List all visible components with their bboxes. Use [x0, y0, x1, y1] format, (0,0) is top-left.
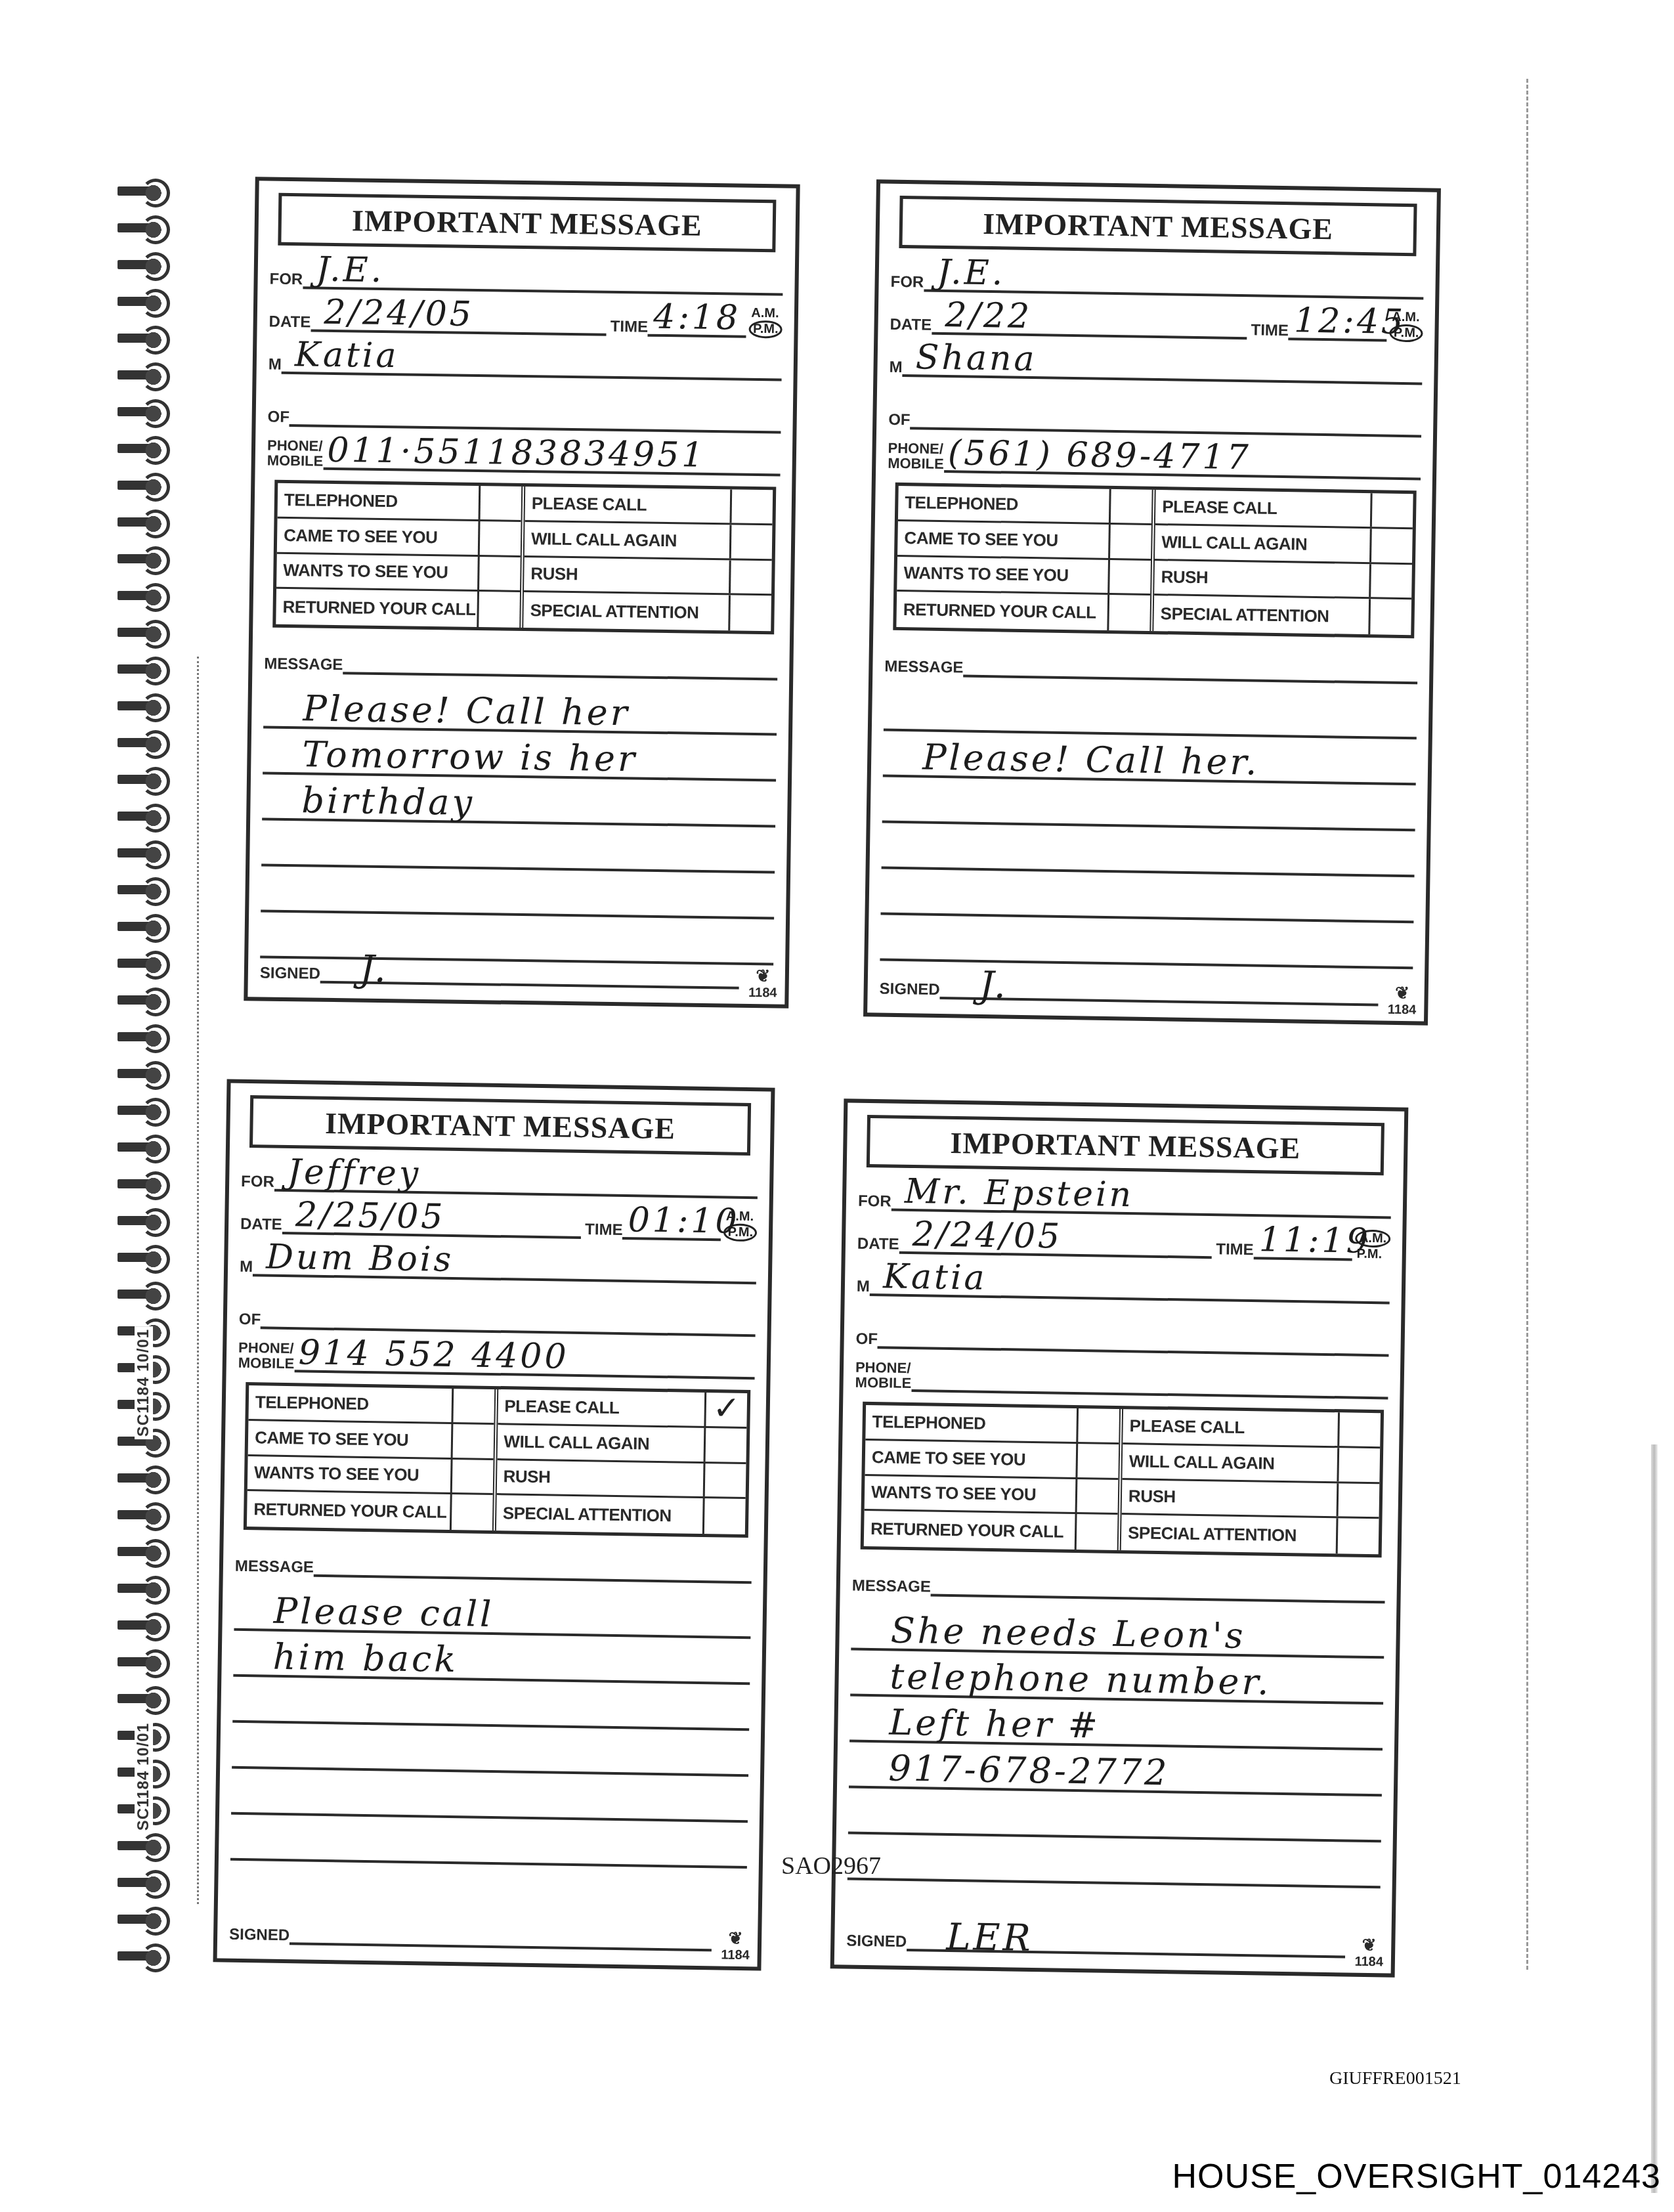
- spiral-coil-icon: [115, 1133, 181, 1160]
- checkbox[interactable]: [478, 521, 521, 555]
- am-option: A.M.: [749, 307, 783, 321]
- spiral-coil-icon: [115, 435, 181, 461]
- spiral-coil-icon: [115, 471, 181, 498]
- checkbox[interactable]: [1337, 1483, 1380, 1517]
- checkbox[interactable]: [450, 1459, 493, 1493]
- checkbox-label: RUSH: [524, 557, 729, 594]
- for-field: FOR Mr. Epstein: [858, 1175, 1392, 1219]
- signed-value: J.: [360, 951, 389, 989]
- checkbox-label: TELEPHONED: [898, 486, 1109, 523]
- message-label: MESSAGE: [852, 1577, 931, 1597]
- spiral-coil-icon: [115, 251, 181, 277]
- checkbox[interactable]: [477, 557, 521, 591]
- checkbox-label: TELEPHONED: [865, 1405, 1077, 1442]
- checkbox-label: RETURNED YOUR CALL: [896, 592, 1107, 630]
- time-value: 4:18: [653, 300, 740, 336]
- spiral-coil-icon: [115, 1942, 181, 1968]
- form-title: IMPORTANT MESSAGE: [867, 1115, 1384, 1175]
- of-label: OF: [888, 412, 911, 430]
- message-label: MESSAGE: [264, 655, 343, 675]
- message-text: She needs Leon's: [890, 1613, 1245, 1654]
- checkbox[interactable]: [729, 560, 772, 594]
- of-field: OF: [855, 1313, 1389, 1357]
- checkbox-label: SPECIAL ATTENTION: [1153, 596, 1369, 634]
- date-label: DATE: [857, 1236, 899, 1254]
- checkbox-grid: TELEPHONED CAME TO SEE YOU WANTS TO SEE …: [893, 483, 1416, 638]
- of-label: OF: [267, 410, 290, 427]
- check-row-telephoned: TELEPHONED: [865, 1405, 1119, 1444]
- message-line: [848, 1838, 1381, 1889]
- caller-name: Shana: [915, 340, 1037, 376]
- check-row-rush: RUSH: [524, 557, 772, 596]
- message-line: birthday: [262, 779, 776, 828]
- caller-name: Katia: [883, 1259, 987, 1295]
- message-slip-bottom-right: IMPORTANT MESSAGE FOR Mr. Epstein DATE 2…: [830, 1098, 1409, 1977]
- spiral-coil-icon: [115, 1685, 181, 1711]
- checkbox[interactable]: [1107, 559, 1151, 594]
- message-line: Please! Call her: [263, 687, 777, 736]
- checkbox[interactable]: [1337, 1412, 1381, 1446]
- check-row-special-attention: SPECIAL ATTENTION: [1153, 596, 1411, 635]
- message-line: [880, 873, 1414, 924]
- date-label: DATE: [240, 1217, 282, 1234]
- for-label: FOR: [241, 1174, 274, 1192]
- checkbox-label: RUSH: [1122, 1480, 1337, 1517]
- checkbox[interactable]: [1107, 595, 1150, 631]
- checkbox[interactable]: [1076, 1408, 1119, 1442]
- check-row-came-to-see-you: CAME TO SEE YOU: [248, 1421, 494, 1460]
- checkbox-label: PLEASE CALL: [1155, 490, 1371, 527]
- form-side-code-lower: SC1184 10/01: [135, 1720, 153, 1833]
- checkbox-column-right: PLEASE CALL WILL CALL AGAIN RUSH SPECIAL…: [1121, 1409, 1381, 1554]
- message-text: birthday: [301, 783, 475, 821]
- date-time-field: DATE 2/24/05 TIME 4:18 A.M. P.M.: [269, 296, 783, 339]
- spiral-coil-icon: [115, 1060, 181, 1086]
- message-label: MESSAGE: [235, 1557, 314, 1577]
- check-row-please-call: PLEASE CALL: [498, 1389, 747, 1429]
- checkbox-grid: TELEPHONED CAME TO SEE YOU WANTS TO SEE …: [861, 1402, 1384, 1557]
- spiral-coil-icon: [115, 1538, 181, 1564]
- message-line: [232, 1727, 749, 1777]
- checkbox-label: RETURNED YOUR CALL: [276, 589, 477, 627]
- phone-value: 011·551183834951: [327, 433, 706, 473]
- form-title: IMPORTANT MESSAGE: [278, 193, 776, 253]
- spiral-coil-icon: [115, 1170, 181, 1196]
- time-value: 12:45: [1294, 303, 1406, 339]
- spiral-coil-icon: [115, 839, 181, 865]
- checkbox[interactable]: [1109, 489, 1152, 523]
- caller-name: Katia: [295, 337, 399, 373]
- checkbox[interactable]: [1075, 1479, 1119, 1513]
- message-line: [261, 870, 775, 919]
- check-row-special-attention: SPECIAL ATTENTION: [1121, 1515, 1379, 1554]
- form-number: ❦ 1184: [721, 1929, 750, 1963]
- phone-field: PHONE/MOBILE (561) 689-4717: [888, 437, 1421, 481]
- check-row-please-call: PLEASE CALL: [1123, 1409, 1381, 1448]
- checkbox[interactable]: [477, 592, 520, 628]
- checkbox-label: RETURNED YOUR CALL: [247, 1491, 450, 1530]
- check-row-will-call-again: WILL CALL AGAIN: [525, 522, 773, 561]
- checkbox[interactable]: [703, 1463, 746, 1497]
- date-time-field: DATE 2/25/05 TIME 01:10 A.M. P.M.: [240, 1198, 758, 1242]
- check-row-wants-to-see-you: WANTS TO SEE YOU: [247, 1456, 493, 1496]
- checkbox[interactable]: [704, 1428, 747, 1462]
- for-value: J.E.: [937, 255, 1006, 291]
- spiral-coil-icon: [115, 545, 181, 571]
- checkbox-label: CAME TO SEE YOU: [897, 521, 1109, 558]
- spiral-coil-icon: [115, 618, 181, 645]
- message-slip-top-right: IMPORTANT MESSAGE FOR J.E. DATE 2/22 TIM…: [863, 179, 1441, 1025]
- check-row-telephoned: TELEPHONED: [278, 483, 522, 522]
- checkbox-column-right: PLEASE CALL WILL CALL AGAIN RUSH SPECIAL…: [523, 487, 773, 631]
- time-value: 01:10: [628, 1203, 740, 1239]
- message-line: him back: [233, 1635, 750, 1685]
- signed-label: SIGNED: [846, 1932, 907, 1951]
- spiral-coil-icon: [115, 655, 181, 682]
- spiral-coil-icon: [115, 1244, 181, 1270]
- checkbox[interactable]: [449, 1494, 492, 1530]
- message-line: [231, 1773, 748, 1823]
- message-text: telephone number.: [890, 1659, 1272, 1701]
- center-stamp: SAO2967: [781, 1852, 881, 1880]
- checkbox-column-right: PLEASE CALL WILL CALL AGAIN RUSH SPECIAL…: [1153, 490, 1413, 635]
- spiral-coil-icon: [115, 1207, 181, 1233]
- for-field: FOR Jeffrey: [241, 1156, 758, 1199]
- spiral-coil-icon: [115, 766, 181, 792]
- checkbox[interactable]: [702, 1498, 746, 1534]
- check-row-wants-to-see-you: WANTS TO SEE YOU: [897, 556, 1151, 596]
- checkbox-grid: TELEPHONED CAME TO SEE YOU WANTS TO SEE …: [244, 1382, 750, 1538]
- printer-logo-icon: ❦: [748, 966, 777, 986]
- phone-value: (561) 689-4717: [948, 436, 1251, 475]
- message-text: Please! Call her: [303, 691, 630, 731]
- checkbox[interactable]: [729, 525, 773, 559]
- checkbox-label: WANTS TO SEE YOU: [276, 553, 478, 590]
- spiral-coil-icon: [115, 876, 181, 902]
- spiral-binding: [115, 177, 187, 1989]
- message-line: She needs Leon's: [851, 1609, 1384, 1659]
- spiral-coil-icon: [115, 1905, 181, 1932]
- checkbox-label: SPECIAL ATTENTION: [523, 592, 729, 630]
- checkbox-label: TELEPHONED: [248, 1385, 451, 1422]
- for-label: FOR: [858, 1194, 891, 1211]
- check-row-will-call-again: WILL CALL AGAIN: [497, 1425, 746, 1464]
- spiral-coil-icon: [115, 508, 181, 534]
- form-number: ❦ 1184: [1354, 1936, 1383, 1969]
- signed-field: SIGNED: [229, 1909, 712, 1952]
- for-field: FOR J.E.: [890, 256, 1424, 300]
- checkbox-label: RUSH: [1154, 561, 1369, 597]
- message-label-row: MESSAGE: [235, 1550, 752, 1584]
- page-edge-line: [1526, 79, 1528, 1970]
- date-time-field: DATE 2/22 TIME 12:45 A.M. P.M.: [890, 299, 1423, 343]
- checkbox[interactable]: [728, 596, 771, 632]
- of-field: OF: [267, 391, 781, 434]
- message-text: Tomorrow is her: [302, 737, 637, 777]
- checkbox-label: PLEASE CALL: [1123, 1409, 1338, 1446]
- time-label: TIME: [585, 1222, 623, 1240]
- time-label: TIME: [611, 319, 649, 337]
- spiral-coil-icon: [115, 1023, 181, 1049]
- checkbox-label: SPECIAL ATTENTION: [1121, 1515, 1337, 1553]
- check-row-came-to-see-you: CAME TO SEE YOU: [865, 1441, 1119, 1480]
- checkbox-grid: TELEPHONED CAME TO SEE YOU WANTS TO SEE …: [272, 480, 776, 635]
- checkbox[interactable]: [1075, 1444, 1119, 1478]
- signed-value: J.: [979, 967, 1008, 1005]
- phone-field: PHONE/MOBILE: [855, 1356, 1388, 1400]
- for-field: FOR J.E.: [269, 253, 783, 296]
- phone-label: PHONE/MOBILE: [267, 437, 324, 469]
- m-label: M: [889, 360, 902, 377]
- caller-field: M Katia: [857, 1261, 1390, 1305]
- spiral-coil-icon: [115, 1464, 181, 1490]
- checkbox[interactable]: [1370, 493, 1413, 527]
- checkbox[interactable]: [479, 486, 522, 520]
- phone-value: 914 552 4400: [298, 1335, 569, 1374]
- date-value: 2/24/05: [324, 295, 474, 332]
- signed-label: SIGNED: [229, 1926, 290, 1945]
- message-line: [230, 1819, 748, 1869]
- checkbox-label: WANTS TO SEE YOU: [897, 556, 1108, 593]
- check-row-please-call: PLEASE CALL: [1155, 490, 1413, 529]
- bates-number: GIUFFRE001521: [1329, 2068, 1461, 2089]
- check-row-rush: RUSH: [1154, 561, 1412, 600]
- checkbox[interactable]: [450, 1424, 494, 1458]
- pm-option: P.M.: [749, 320, 783, 339]
- spiral-coil-icon: [115, 1574, 181, 1601]
- date-label: DATE: [890, 317, 932, 335]
- spiral-coil-icon: [115, 1611, 181, 1637]
- checkbox-label: WILL CALL AGAIN: [1155, 525, 1370, 562]
- form-number: ❦ 1184: [1388, 984, 1417, 1017]
- message-line: [882, 781, 1416, 832]
- checkbox-label: WILL CALL AGAIN: [497, 1425, 704, 1462]
- form-number: ❦ 1184: [748, 966, 777, 1000]
- scan-edge: [1651, 1444, 1658, 2193]
- of-field: OF: [239, 1293, 756, 1337]
- message-label-row: MESSAGE: [884, 650, 1418, 685]
- checkbox[interactable]: [1368, 599, 1411, 635]
- spiral-coil-icon: [115, 398, 181, 424]
- check-row-rush: RUSH: [1122, 1480, 1380, 1519]
- check-row-wants-to-see-you: WANTS TO SEE YOU: [276, 553, 521, 592]
- checkbox-label: CAME TO SEE YOU: [277, 519, 479, 555]
- message-line: [848, 1792, 1382, 1843]
- checkbox[interactable]: [1075, 1514, 1118, 1550]
- spiral-coil-icon: [115, 986, 181, 1012]
- checkbox-label: CAME TO SEE YOU: [248, 1421, 451, 1458]
- checkbox[interactable]: [1369, 529, 1413, 563]
- am-pm-indicator: A.M. P.M.: [749, 307, 783, 339]
- spiral-coil-icon: [115, 1280, 181, 1307]
- spiral-coil-icon: [115, 1832, 181, 1858]
- message-line: Please! Call her.: [883, 735, 1417, 786]
- spiral-coil-icon: [115, 288, 181, 314]
- check-row-special-attention: SPECIAL ATTENTION: [496, 1495, 745, 1534]
- message-line: [261, 825, 775, 874]
- checkbox-column-left: TELEPHONED CAME TO SEE YOU WANTS TO SEE …: [896, 486, 1155, 631]
- check-row-returned-your-call: RETURNED YOUR CALL: [276, 589, 520, 628]
- signed-label: SIGNED: [879, 980, 939, 999]
- phone-field: PHONE/MOBILE 011·551183834951: [267, 434, 781, 477]
- date-value: 2/25/05: [295, 1198, 446, 1234]
- checkbox[interactable]: [704, 1393, 747, 1427]
- time-label: TIME: [1251, 322, 1289, 340]
- m-label: M: [857, 1279, 870, 1296]
- check-row-will-call-again: WILL CALL AGAIN: [1155, 525, 1413, 565]
- message-line: [884, 689, 1417, 740]
- time-label: TIME: [1216, 1242, 1254, 1259]
- check-row-returned-your-call: RETURNED YOUR CALL: [247, 1491, 492, 1530]
- message-text: Left her #: [889, 1705, 1100, 1744]
- message-line: telephone number.: [850, 1655, 1384, 1705]
- checkbox-label: WANTS TO SEE YOU: [865, 1475, 1076, 1512]
- phone-label: PHONE/MOBILE: [238, 1340, 295, 1373]
- spiral-coil-icon: [115, 214, 181, 240]
- phone-label: PHONE/MOBILE: [855, 1359, 911, 1392]
- spiral-coil-icon: [115, 1648, 181, 1674]
- checkbox-label: RETURNED YOUR CALL: [864, 1511, 1075, 1550]
- signed-field: SIGNED J.: [879, 963, 1379, 1007]
- check-row-wants-to-see-you: WANTS TO SEE YOU: [865, 1475, 1119, 1515]
- checkbox[interactable]: [1369, 564, 1412, 598]
- signed-value: LER: [946, 1919, 1033, 1957]
- of-label: OF: [855, 1332, 878, 1349]
- signed-field: SIGNED J.: [260, 947, 740, 989]
- form-title: IMPORTANT MESSAGE: [899, 196, 1417, 256]
- date-time-field: DATE 2/24/05 TIME 11:19 A.M. P.M.: [857, 1218, 1391, 1262]
- date-value: 2/24/05: [912, 1217, 1062, 1254]
- message-line: 917-678-2772: [849, 1746, 1383, 1797]
- checkbox-label: SPECIAL ATTENTION: [496, 1495, 702, 1534]
- spiral-coil-icon: [115, 177, 181, 204]
- message-text: Please call: [273, 1594, 494, 1632]
- date-label: DATE: [269, 314, 311, 332]
- for-value: Jeffrey: [288, 1155, 421, 1191]
- form-title: IMPORTANT MESSAGE: [249, 1095, 751, 1156]
- spiral-coil-icon: [115, 1096, 181, 1123]
- message-label-row: MESSAGE: [264, 647, 777, 681]
- checkbox[interactable]: [1337, 1448, 1380, 1482]
- footer-document-id: HOUSE_OVERSIGHT_014243: [1172, 2157, 1661, 2196]
- spiral-coil-icon: [115, 1501, 181, 1527]
- message-line: [882, 827, 1415, 878]
- checkbox-label: WILL CALL AGAIN: [1122, 1444, 1337, 1481]
- check-row-returned-your-call: RETURNED YOUR CALL: [864, 1511, 1118, 1550]
- message-text: Please! Call her.: [922, 740, 1260, 781]
- checkbox-column-right: PLEASE CALL WILL CALL AGAIN RUSH SPECIAL…: [496, 1389, 747, 1534]
- message-text: 917-678-2772: [888, 1751, 1170, 1791]
- for-value: J.E.: [316, 253, 385, 288]
- check-row-special-attention: SPECIAL ATTENTION: [523, 592, 771, 631]
- m-label: M: [240, 1259, 253, 1276]
- checkbox-label: RUSH: [496, 1460, 703, 1497]
- message-line: Tomorrow is her: [263, 733, 777, 782]
- checkbox-label: WILL CALL AGAIN: [525, 522, 730, 558]
- for-label: FOR: [890, 274, 924, 292]
- message-label: MESSAGE: [884, 658, 963, 678]
- printer-logo-icon: ❦: [1388, 984, 1417, 1003]
- check-row-please-call: PLEASE CALL: [525, 487, 773, 525]
- spiral-coil-icon: [115, 949, 181, 976]
- check-row-came-to-see-you: CAME TO SEE YOU: [277, 519, 521, 557]
- perforation-line: [197, 657, 201, 1904]
- date-value: 2/22: [945, 298, 1033, 334]
- spiral-coil-icon: [115, 324, 181, 351]
- checkbox[interactable]: [451, 1389, 494, 1423]
- checkbox-label: PLEASE CALL: [525, 487, 731, 523]
- checkbox-label: TELEPHONED: [278, 483, 479, 519]
- signed-field: SIGNED LER: [846, 1915, 1346, 1959]
- spiral-coil-icon: [115, 913, 181, 939]
- signed-label: SIGNED: [260, 964, 320, 983]
- spiral-coil-icon: [115, 802, 181, 829]
- checkbox-column-left: TELEPHONED CAME TO SEE YOU WANTS TO SEE …: [276, 483, 525, 628]
- of-field: OF: [888, 394, 1422, 438]
- form-side-code-upper: SC1184 10/01: [135, 1326, 153, 1439]
- check-row-came-to-see-you: CAME TO SEE YOU: [897, 521, 1151, 561]
- printer-logo-icon: ❦: [721, 1929, 750, 1948]
- caller-name: Dum Bois: [266, 1240, 454, 1277]
- message-label-row: MESSAGE: [852, 1569, 1386, 1604]
- checkbox-column-left: TELEPHONED CAME TO SEE YOU WANTS TO SEE …: [247, 1385, 498, 1530]
- checkbox-label: CAME TO SEE YOU: [865, 1441, 1076, 1477]
- message-text: him back: [272, 1639, 458, 1678]
- checkbox[interactable]: [1336, 1518, 1379, 1554]
- spiral-coil-icon: [115, 729, 181, 755]
- check-row-telephoned: TELEPHONED: [248, 1385, 494, 1425]
- spiral-coil-icon: [115, 1869, 181, 1895]
- message-line: [232, 1681, 750, 1731]
- spiral-coil-icon: [115, 692, 181, 718]
- check-row-will-call-again: WILL CALL AGAIN: [1122, 1444, 1380, 1484]
- message-slip-bottom-left: IMPORTANT MESSAGE FOR Jeffrey DATE 2/25/…: [213, 1079, 775, 1971]
- message-slip-top-left: IMPORTANT MESSAGE FOR J.E. DATE 2/24/05 …: [244, 177, 800, 1008]
- phone-field: PHONE/MOBILE 914 552 4400: [238, 1336, 756, 1379]
- spiral-coil-icon: [115, 361, 181, 387]
- caller-field: M Dum Bois: [240, 1241, 757, 1284]
- message-line: Left her #: [849, 1701, 1383, 1751]
- printer-logo-icon: ❦: [1355, 1936, 1384, 1955]
- checkbox-column-left: TELEPHONED CAME TO SEE YOU WANTS TO SEE …: [864, 1405, 1123, 1550]
- message-line: Please call: [234, 1589, 751, 1639]
- checkbox[interactable]: [1108, 525, 1151, 559]
- for-value: Mr. Epstein: [905, 1175, 1134, 1212]
- check-row-telephoned: TELEPHONED: [898, 486, 1152, 525]
- m-label: M: [268, 357, 282, 374]
- caller-field: M Shana: [889, 341, 1423, 385]
- time-value: 11:19: [1259, 1223, 1371, 1259]
- check-row-rush: RUSH: [496, 1460, 746, 1500]
- checkbox-label: PLEASE CALL: [498, 1389, 704, 1426]
- caller-field: M Katia: [268, 339, 783, 381]
- phone-label: PHONE/MOBILE: [888, 440, 944, 473]
- for-label: FOR: [269, 272, 303, 290]
- checkbox[interactable]: [730, 489, 773, 523]
- check-row-returned-your-call: RETURNED YOUR CALL: [896, 592, 1150, 631]
- of-label: OF: [239, 1312, 261, 1330]
- spiral-coil-icon: [115, 582, 181, 608]
- checkbox-label: WANTS TO SEE YOU: [247, 1456, 450, 1493]
